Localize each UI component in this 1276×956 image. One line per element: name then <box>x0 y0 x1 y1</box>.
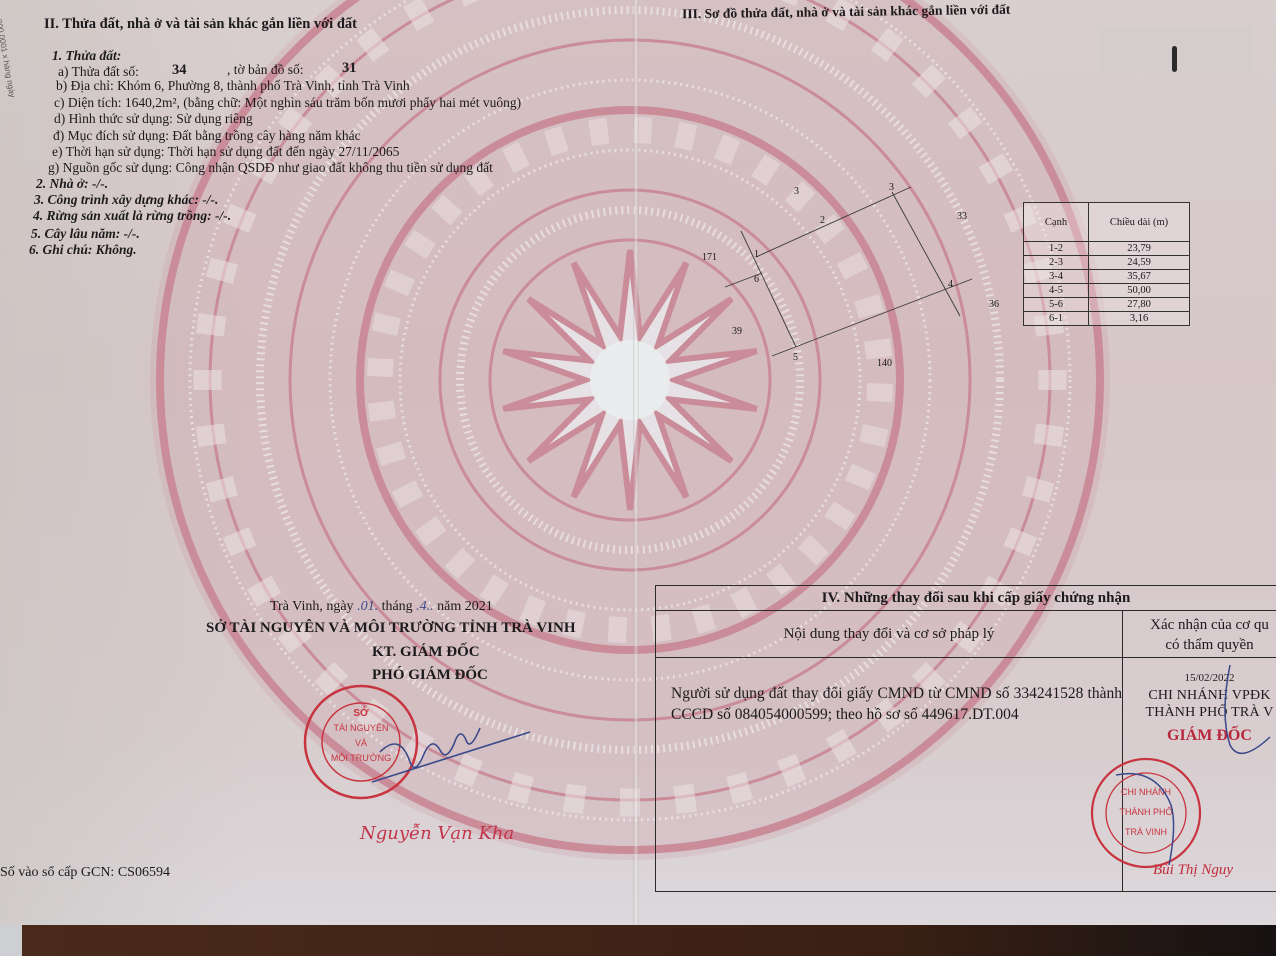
edge-id: 5-6 <box>1024 298 1089 312</box>
svg-text:1: 1 <box>754 249 759 260</box>
svg-text:THÀNH PHỐ: THÀNH PHỐ <box>1119 806 1172 817</box>
sign-month: .4.. <box>416 599 434 614</box>
house: 2. Nhà ở: -/-. <box>36 176 108 192</box>
svg-text:33: 33 <box>957 211 967 222</box>
section-ii-title: II. Thửa đất, nhà ở và tài sản khác gắn … <box>44 16 357 32</box>
edge-id: 3-4 <box>1024 270 1089 284</box>
svg-text:TRÀ VINH: TRÀ VINH <box>1125 827 1167 837</box>
parcel-number: 34 <box>172 62 187 78</box>
signature-loop <box>1215 660 1276 770</box>
planted-forest: 4. Rừng sản xuất là rừng trồng: -/-. <box>33 208 231 224</box>
edge-id: 6-1 <box>1024 312 1089 326</box>
signer-title: PHÓ GIÁM ĐỐC <box>372 667 488 683</box>
svg-text:VÀ: VÀ <box>355 738 367 748</box>
certificate-paper: ...000.0001 x hàng ngày II. Thửa đất, nh… <box>0 0 1276 925</box>
edge-length: 27,80 <box>1089 298 1190 312</box>
col-authority-confirm: Xác nhận của cơ qu có thẩm quyền <box>1123 611 1276 657</box>
branch-stamp: CHI NHÁNH THÀNH PHỐ TRÀ VINH <box>1086 755 1208 873</box>
svg-text:36: 36 <box>989 299 999 310</box>
page-fold <box>633 0 639 925</box>
sign-day: .01. <box>357 599 378 614</box>
usage-purpose: đ) Mục đích sử dụng: Đất bằng trồng cây … <box>53 128 361 144</box>
map-sheet-label: , tờ bản đồ số: <box>227 62 304 78</box>
svg-text:2: 2 <box>820 215 825 226</box>
length-header: Chiều dài (m) <box>1089 203 1190 242</box>
svg-text:6: 6 <box>754 274 759 285</box>
edge-length: 23,79 <box>1089 242 1190 256</box>
sign-date: Trà Vinh, ngày .01. tháng .4.. năm 2021 <box>270 599 493 615</box>
parcel-diagram: 1234563333614039171 <box>690 175 1020 375</box>
edge-id: 2-3 <box>1024 256 1089 270</box>
other-construction: 3. Công trình xây dựng khác: -/-. <box>34 192 218 208</box>
perennial-trees: 5. Cây lâu năm: -/-. <box>31 226 140 242</box>
registry-number: Số vào sổ cấp GCN: CS06594 <box>0 865 170 881</box>
svg-text:4: 4 <box>948 279 953 290</box>
edge-length: 50,00 <box>1089 284 1190 298</box>
svg-text:3: 3 <box>794 186 799 197</box>
edge-length: 24,59 <box>1089 256 1190 270</box>
svg-text:39: 39 <box>732 326 742 337</box>
usage-term: e) Thời hạn sử dụng: Thời hạn sử dụng đấ… <box>52 144 399 160</box>
edge-id: 4-5 <box>1024 284 1089 298</box>
notes: 6. Ghi chú: Không. <box>29 242 137 258</box>
edge-length-row: 5-627,80 <box>1024 298 1190 312</box>
on-behalf-title: KT. GIÁM ĐỐC <box>372 644 480 660</box>
parcel-heading: 1. Thửa đất: <box>52 48 121 64</box>
edge-length: 35,67 <box>1089 270 1190 284</box>
edge-id: 1-2 <box>1024 242 1089 256</box>
col-change-content: Nội dung thay đổi và cơ sở pháp lý <box>656 611 1123 657</box>
svg-text:5: 5 <box>793 352 798 363</box>
edge-length: 3,16 <box>1089 312 1190 326</box>
edge-length-row: 1-223,79 <box>1024 242 1190 256</box>
signature-mark <box>370 712 540 792</box>
usage-form: d) Hình thức sử dụng: Sử dụng riêng <box>54 111 253 127</box>
edge-length-row: 3-435,67 <box>1024 270 1190 284</box>
usage-origin: g) Nguồn gốc sử dụng: Công nhận QSDĐ như… <box>48 160 493 176</box>
svg-text:3: 3 <box>889 182 894 193</box>
section-iv-title: IV. Những thay đổi sau khi cấp giấy chứn… <box>656 586 1276 611</box>
edge-length-row: 6-13,16 <box>1024 312 1190 326</box>
parcel-address: b) Địa chỉ: Khóm 6, Phường 8, thành phố … <box>56 78 410 94</box>
edge-header: Cạnh <box>1024 203 1089 242</box>
issuing-agency: SỞ TÀI NGUYÊN VÀ MÔI TRƯỜNG TỈNH TRÀ VIN… <box>206 620 576 636</box>
edge-lengths-table: Cạnh Chiều dài (m) 1-223,792-324,593-435… <box>1023 202 1190 326</box>
pen-mark <box>1172 46 1177 72</box>
parcel-area: c) Diện tích: 1640,2m², (bằng chữ: Một n… <box>54 95 521 111</box>
change-content: Người sử dụng đất thay đổi giấy CMND từ … <box>656 658 1123 891</box>
signer-name: Nguyễn Vạn Kha <box>360 826 514 842</box>
svg-text:SỞ: SỞ <box>353 706 369 719</box>
table-surface <box>0 925 1276 956</box>
edge-length-row: 2-324,59 <box>1024 256 1190 270</box>
svg-text:140: 140 <box>877 358 892 369</box>
svg-text:171: 171 <box>702 252 717 263</box>
notes-text: 6. Ghi chú: Không. <box>29 242 137 257</box>
map-sheet-number: 31 <box>342 60 357 76</box>
edge-length-row: 4-550,00 <box>1024 284 1190 298</box>
